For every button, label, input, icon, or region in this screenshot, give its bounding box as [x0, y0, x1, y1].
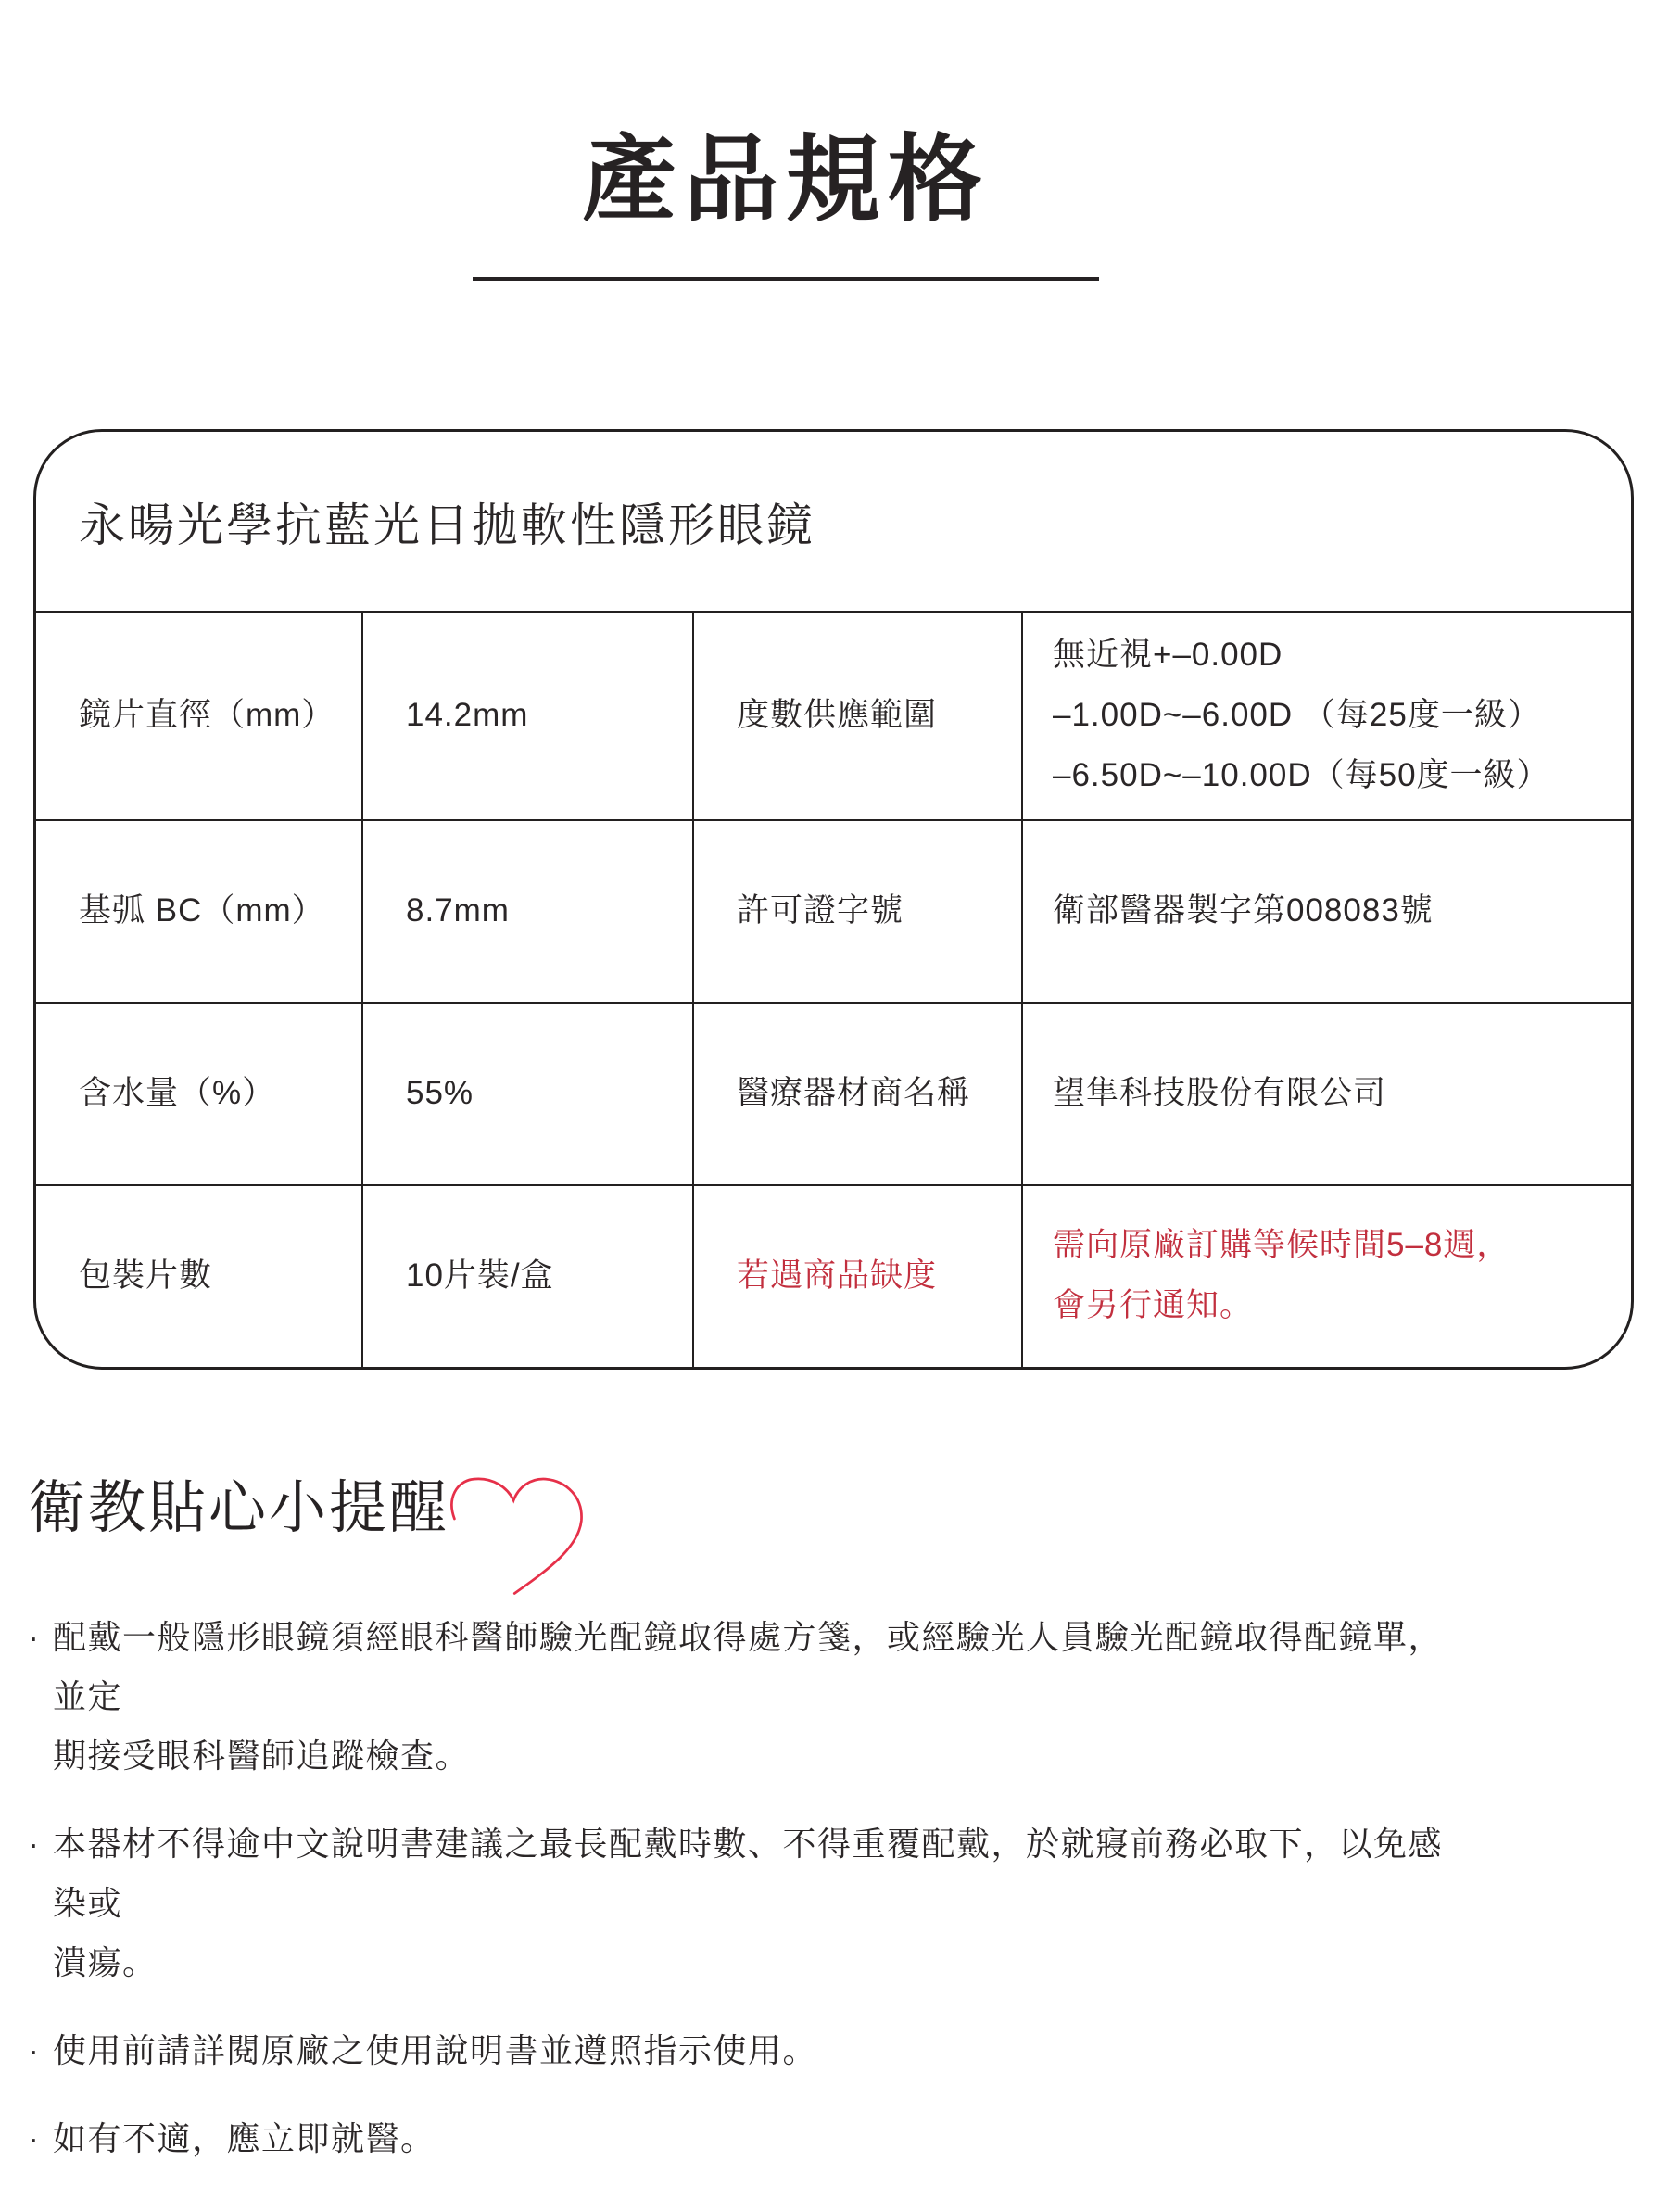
spec-value-base-curve: 8.7mm — [361, 821, 692, 1002]
list-item: · 如有不適，應立即就醫。 — [28, 2109, 1640, 2168]
spec-label-out-of-stock: 若遇商品缺度 — [692, 1186, 1021, 1367]
spec-label-packaging: 包裝片數 — [36, 1186, 361, 1367]
list-item: · 使用前請詳閱原廠之使用說明書並遵照指示使用。 — [28, 2021, 1640, 2080]
spec-label-power-range: 度數供應範圍 — [692, 613, 1021, 818]
power-range-line: –1.00D~–6.00D （每25度一級） — [1053, 686, 1541, 746]
power-range-line: –6.50D~–10.00D（每50度一級） — [1053, 746, 1550, 806]
note-line: 潰瘍。 — [53, 1933, 1471, 1992]
bullet-marker: · — [28, 1608, 53, 1667]
table-row-base-curve: 基弧 BC（mm） 8.7mm 許可證字號 衛部醫器製字第008083號 — [36, 819, 1631, 1002]
notes-heading: 衛教貼心小提醒 — [28, 1475, 449, 1541]
note-line: 期接受眼科醫師追蹤檢查。 — [53, 1726, 1471, 1786]
out-of-stock-line: 會另行通知。 — [1053, 1276, 1253, 1336]
title-underline — [473, 277, 1099, 281]
note-text: 配戴一般隱形眼鏡須經眼科醫師驗光配鏡取得處方箋，或經驗光人員驗光配鏡取得配鏡單，… — [53, 1608, 1471, 1786]
note-text: 如有不適，應立即就醫。 — [53, 2109, 436, 2168]
spec-label-water-content: 含水量（%） — [36, 1004, 361, 1184]
power-range-line: 無近視+–0.00D — [1053, 626, 1283, 686]
bullet-marker: · — [28, 2109, 53, 2168]
notes-section: 衛教貼心小提醒 · 配戴一般隱形眼鏡須經眼科醫師驗光配鏡取得處方箋，或經驗光人員… — [0, 1475, 1668, 2168]
product-spec-page: 產品規格 永暘光學抗藍光日拋軟性隱形眼鏡 鏡片直徑（mm） 14.2mm 度數供… — [0, 0, 1668, 2212]
note-line: 如有不適，應立即就醫。 — [53, 2109, 436, 2168]
spec-label-base-curve: 基弧 BC（mm） — [36, 821, 361, 1002]
product-name: 永暘光學抗藍光日拋軟性隱形眼鏡 — [36, 432, 1631, 611]
out-of-stock-line: 需向原廠訂購等候時間5–8週， — [1053, 1216, 1510, 1276]
note-text: 使用前請詳閱原廠之使用說明書並遵照指示使用。 — [53, 2021, 817, 2080]
list-item: · 配戴一般隱形眼鏡須經眼科醫師驗光配鏡取得處方箋，或經驗光人員驗光配鏡取得配鏡… — [28, 1608, 1640, 1786]
spec-value-diameter: 14.2mm — [361, 613, 692, 818]
table-row-water-content: 含水量（%） 55% 醫療器材商名稱 望隼科技股份有限公司 — [36, 1002, 1631, 1184]
spec-value-manufacturer: 望隼科技股份有限公司 — [1021, 1004, 1631, 1184]
spec-value-license: 衛部醫器製字第008083號 — [1021, 821, 1631, 1002]
notes-list: · 配戴一般隱形眼鏡須經眼科醫師驗光配鏡取得處方箋，或經驗光人員驗光配鏡取得配鏡… — [28, 1608, 1640, 2168]
table-row-packaging: 包裝片數 10片裝/盒 若遇商品缺度 需向原廠訂購等候時間5–8週， 會另行通知… — [36, 1184, 1631, 1367]
spec-value-water-content: 55% — [361, 1004, 692, 1184]
spec-label-diameter: 鏡片直徑（mm） — [36, 613, 361, 818]
page-title: 產品規格 — [473, 126, 1099, 234]
note-line: 配戴一般隱形眼鏡須經眼科醫師驗光配鏡取得處方箋，或經驗光人員驗光配鏡取得配鏡單，… — [53, 1608, 1471, 1726]
note-line: 使用前請詳閱原廠之使用說明書並遵照指示使用。 — [53, 2021, 817, 2080]
spec-label-license: 許可證字號 — [692, 821, 1021, 1002]
spec-value-out-of-stock: 需向原廠訂購等候時間5–8週， 會另行通知。 — [1021, 1186, 1631, 1367]
spec-value-power-range: 無近視+–0.00D –1.00D~–6.00D （每25度一級） –6.50D… — [1021, 613, 1631, 818]
notes-heading-row: 衛教貼心小提醒 — [28, 1475, 449, 1541]
table-row-diameter: 鏡片直徑（mm） 14.2mm 度數供應範圍 無近視+–0.00D –1.00D… — [36, 611, 1631, 818]
note-text: 本器材不得逾中文說明書建議之最長配戴時數、不得重覆配戴，於就寢前務必取下，以免感… — [53, 1814, 1471, 1992]
spec-label-manufacturer: 醫療器材商名稱 — [692, 1004, 1021, 1184]
note-line: 本器材不得逾中文說明書建議之最長配戴時數、不得重覆配戴，於就寢前務必取下，以免感… — [53, 1814, 1471, 1933]
bullet-marker: · — [28, 1814, 53, 1874]
list-item: · 本器材不得逾中文說明書建議之最長配戴時數、不得重覆配戴，於就寢前務必取下，以… — [28, 1814, 1640, 1992]
spec-table: 永暘光學抗藍光日拋軟性隱形眼鏡 鏡片直徑（mm） 14.2mm 度數供應範圍 無… — [33, 429, 1634, 1369]
bullet-marker: · — [28, 2021, 53, 2080]
spec-value-packaging: 10片裝/盒 — [361, 1186, 692, 1367]
page-header: 產品規格 — [473, 126, 1099, 281]
